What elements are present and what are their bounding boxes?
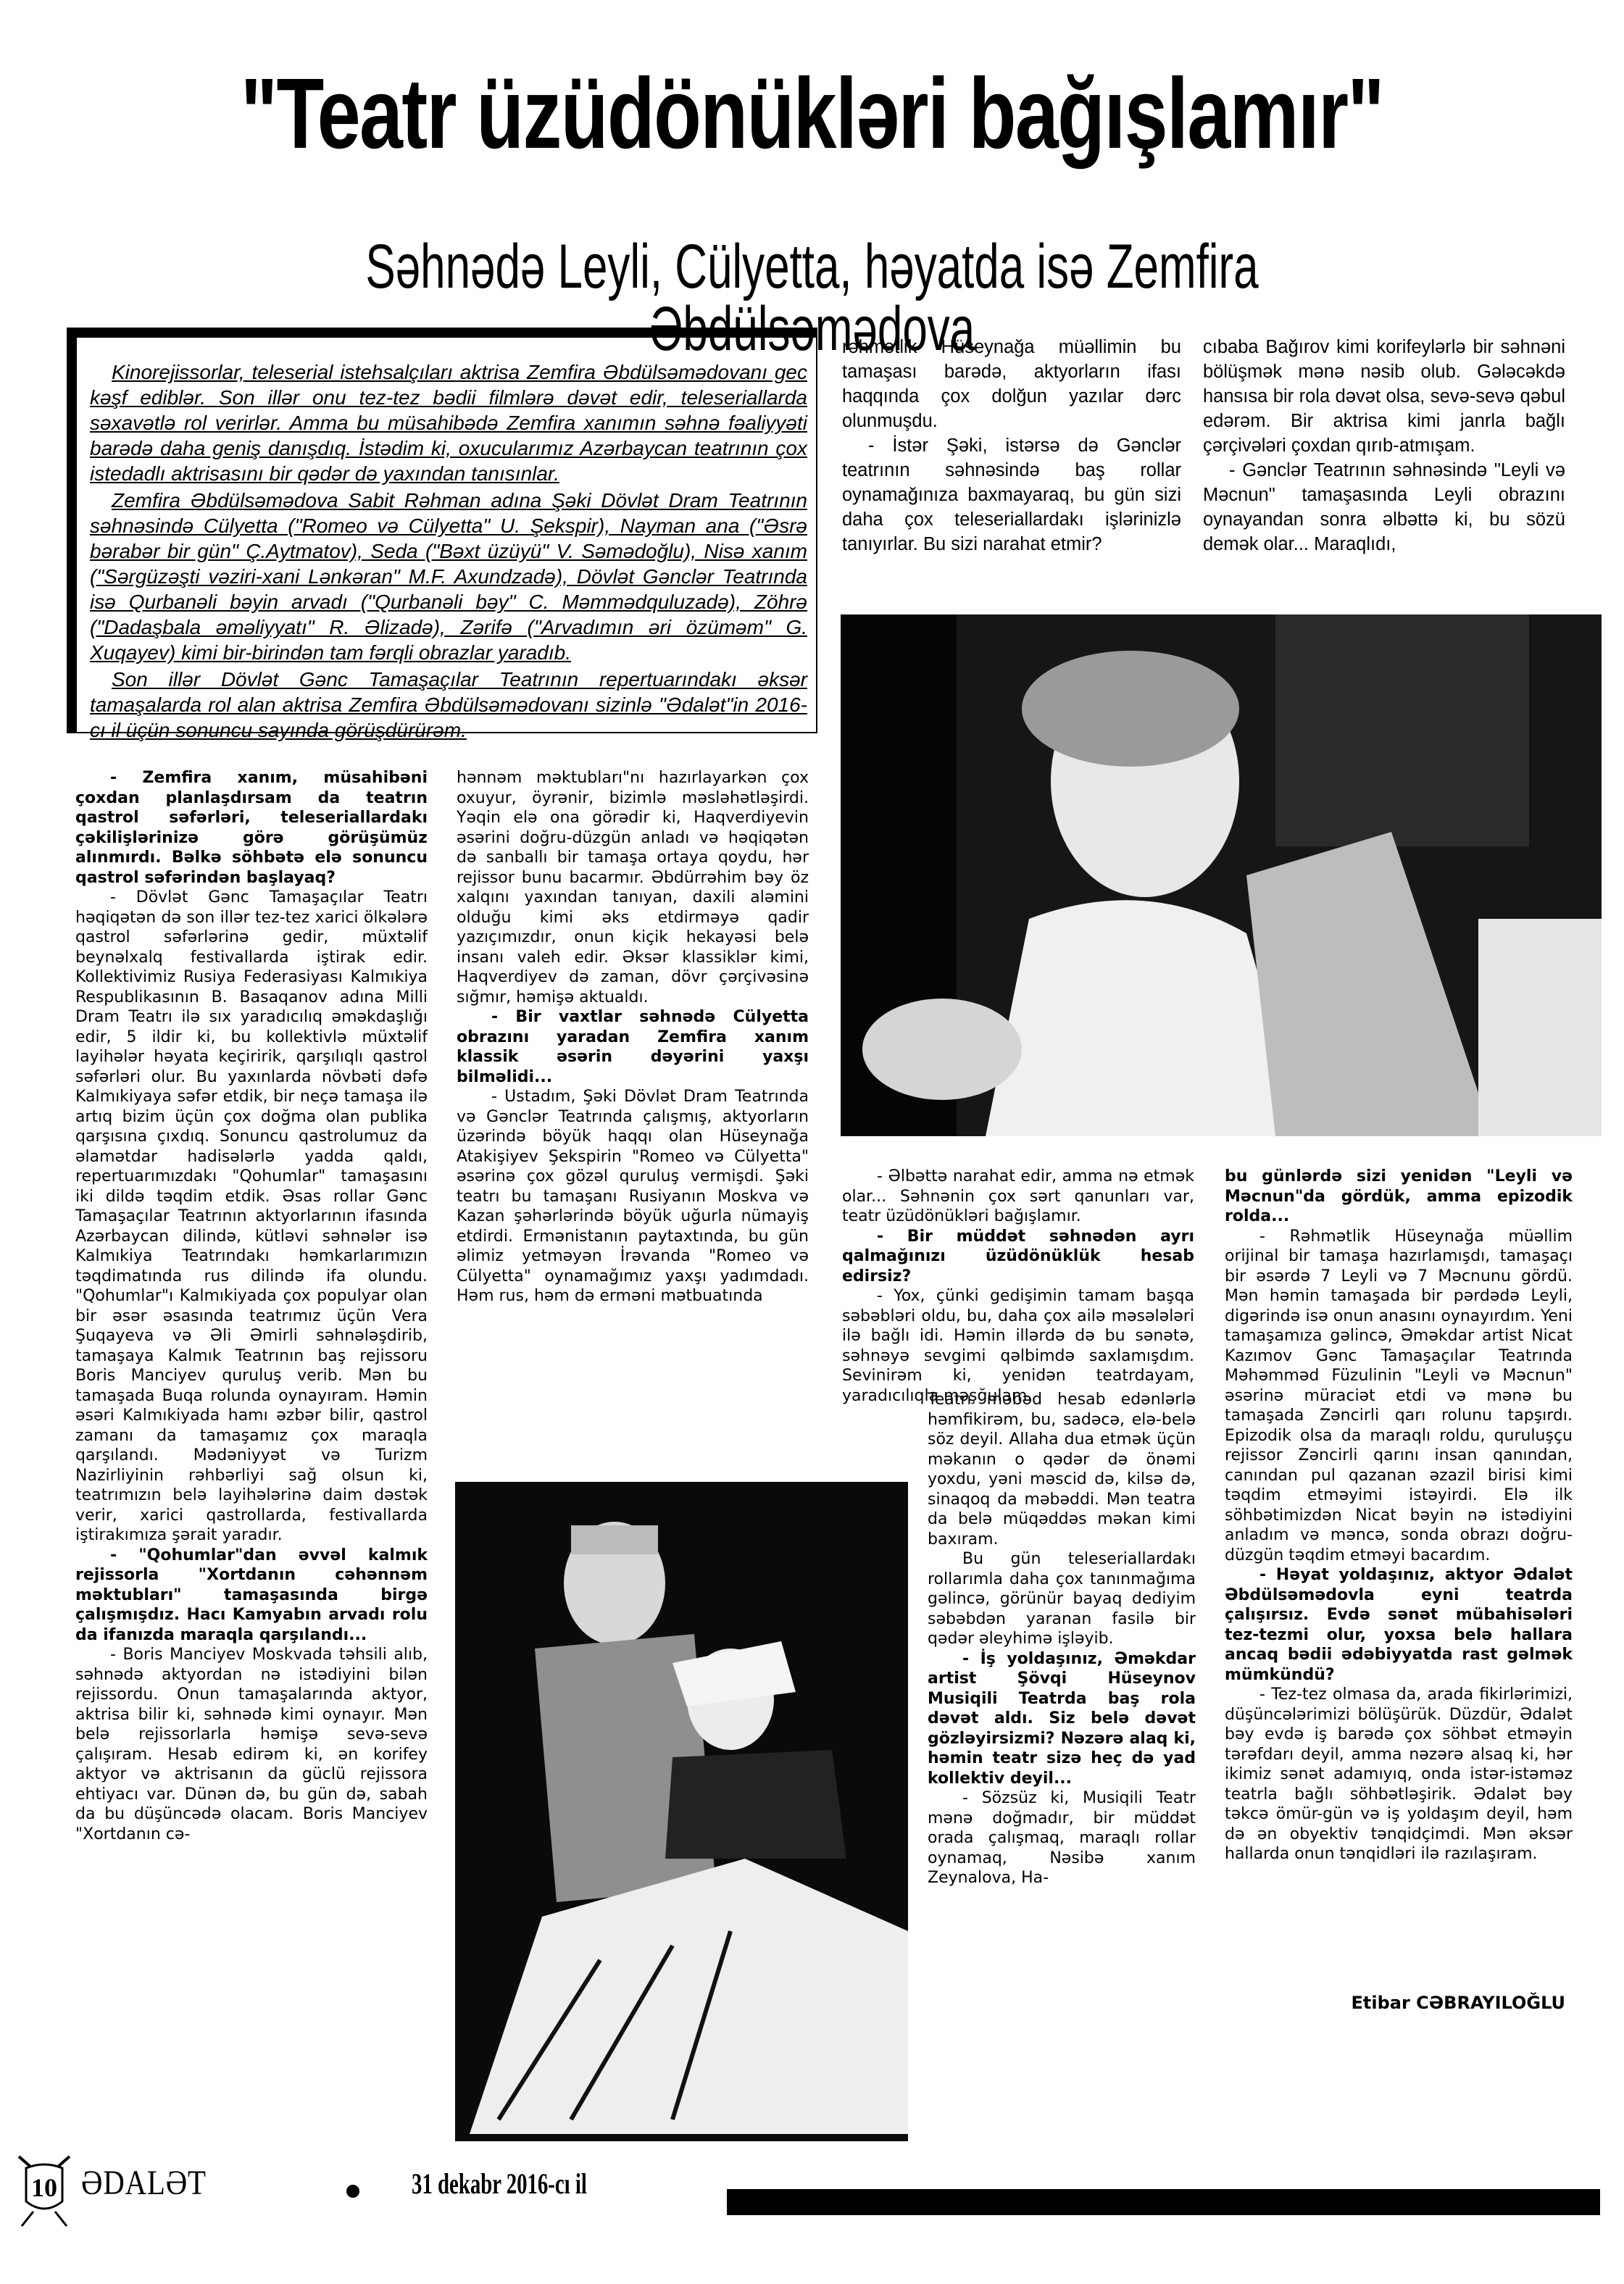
bullet-dot-icon [346,2185,359,2198]
column-3-narrow: Teatrı məbəd hesab edənlərlə həmfikirəm,… [928,1390,1196,1888]
lead-paragraph: Son illər Dövlət Gənc Tamaşaçılar Teatrı… [90,667,807,743]
photo-actress-portrait [841,614,1602,1136]
portrait-image-icon [841,614,1602,1136]
question-paragraph: - "Qohumlar"dan əvvəl kalmık rejissorla … [75,1546,428,1646]
column-top-right-b: cıbaba Bağırov kimi korifeylərlə bir səh… [1203,335,1565,557]
answer-paragraph: - Ustadım, Şəki Dövlət Dram Teatrında və… [457,1087,809,1306]
answer-paragraph: - Boris Manciyev Moskvada təhsili alıb, … [75,1645,428,1844]
answer-paragraph: - Əlbəttə narahat edir, amma nə etmək ol… [842,1167,1194,1227]
question-paragraph: - Bir vaxtlar səhnədə Cülyetta obrazını … [457,1007,809,1087]
answer-paragraph: rəhmətlik Hüseynağa müəllimin bu tamaşas… [842,335,1181,433]
lead-box: Kinorejissorlar, teleserial istehsalçıla… [67,328,817,733]
answer-paragraph: - Rəhmətlik Hüseynağa müəllim orijinal b… [1225,1227,1573,1566]
answer-paragraph: - Dövlət Gənc Tamaşaçılar Teatrı həqiqət… [75,888,428,1546]
column-1: - Zemfira xanım, müsahibəni çoxdan planl… [75,768,428,1844]
column-3: - Əlbəttə narahat edir, amma nə etmək ol… [842,1167,1194,1406]
answer-paragraph: Bu gün teleseriallardakı rollarımla daha… [928,1549,1196,1649]
answer-paragraph: Teatrı məbəd hesab edənlərlə həmfikirəm,… [928,1390,1196,1549]
question-paragraph: - Həyat yoldaşınız, aktyor Ədalət Əbdüls… [1225,1565,1573,1685]
newspaper-name: ƏDALƏT [81,2163,207,2203]
question-paragraph: - Zemfira xanım, müsahibəni çoxdan planl… [75,768,428,888]
answer-paragraph: - Tez-tez olmasa da, arada fikirlərimizi… [1225,1685,1573,1864]
stage-image-icon [455,1482,908,2141]
question-paragraph: - İş yoldaşınız, Əməkdar artist Şövqi Hü… [928,1649,1196,1789]
answer-paragraph: cıbaba Bağırov kimi korifeylərlə bir səh… [1203,335,1565,458]
question-paragraph: - İstər Şəki, istərsə də Gənclər teatrın… [842,433,1181,557]
footer-rule [727,2189,1600,2215]
question-paragraph: - Bir müddət səhnədən ayrı qalmağınızı ü… [842,1227,1194,1287]
column-top-right-a: rəhmətlik Hüseynağa müəllimin bu tamaşas… [842,335,1181,557]
question-paragraph: bu günlərdə sizi yenidən "Leyli və Məcnu… [1225,1167,1573,1227]
question-paragraph: - Gənclər Teatrının səhnəsində "Leyli və… [1203,458,1565,557]
lead-paragraph: Kinorejissorlar, teleserial istehsalçıla… [90,359,807,486]
answer-paragraph: hənnəm məktubları"nı hazırlayarkən çox o… [457,768,809,1007]
page-number-shield: 10 [16,2151,72,2230]
column-2: hənnəm məktubları"nı hazırlayarkən çox o… [457,768,809,1306]
page-number: 10 [28,2172,61,2203]
answer-paragraph: - Sözsüz ki, Musiqili Teatr mənə doğmadı… [928,1788,1196,1888]
page-headline: "Teatr üzüdönükləri bağışlamır" [179,64,1446,164]
answer-paragraph: - Yox, çünki gedişimin tamam başqa səbəb… [842,1286,1194,1406]
lead-paragraph: Zemfira Əbdülsəmədova Sabit Rəhman adına… [90,488,807,665]
author-byline: Etibar CƏBRAYILOĞLU [1225,1993,1565,2013]
photo-stage-performance [455,1482,908,2141]
issue-date: 31 dekabr 2016-cı il [412,2167,587,2201]
column-4: bu günlərdə sizi yenidən "Leyli və Məcnu… [1225,1167,1573,1864]
